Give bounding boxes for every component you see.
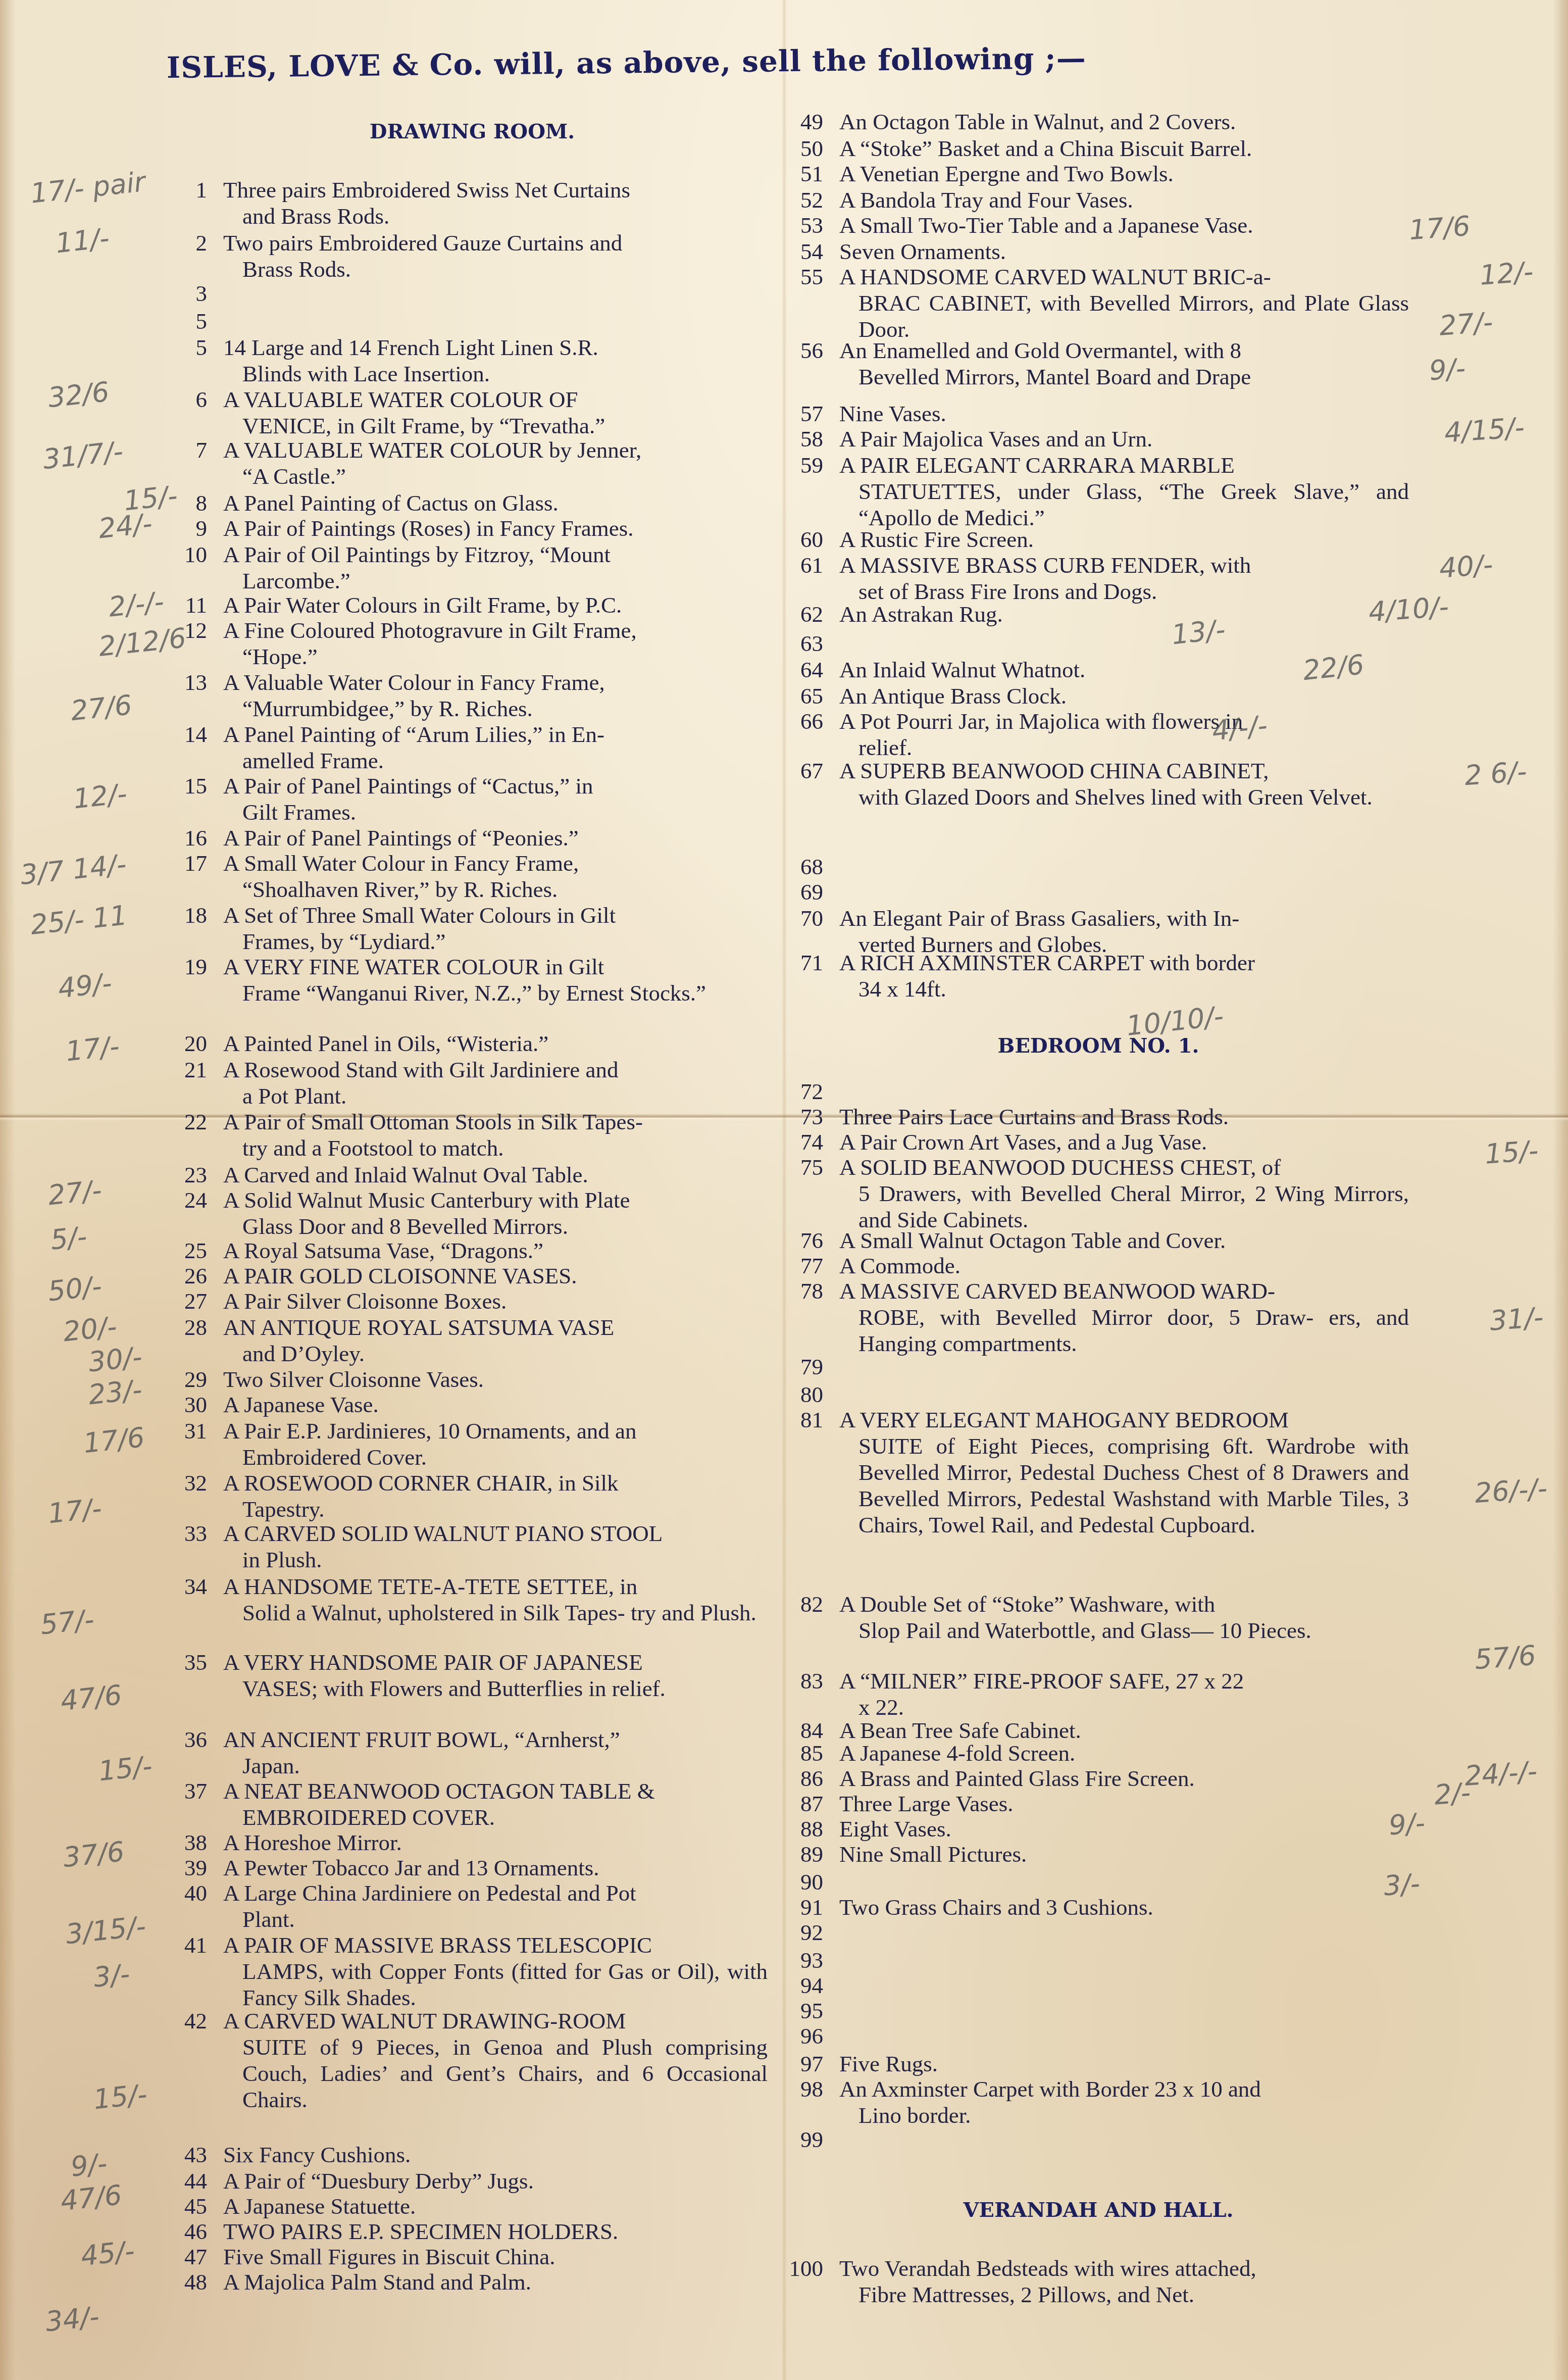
lot-description-line: Two Silver Cloisonne Vases. [223,1367,484,1392]
lot-number: 66 [788,708,823,734]
lot-item: 74A Pair Crown Art Vases, and a Jug Vase… [788,1129,1409,1155]
lot-item: 92 [788,1919,1409,1946]
lot-description: A VALUABLE WATER COLOUR by Jenner,“A Cas… [223,437,768,489]
lot-description: A VERY FINE WATER COLOUR in GiltFrame “W… [223,954,768,1006]
lot-description-line: A Japanese Statuette. [223,2194,416,2219]
lot-description-line: A Pot Pourri Jar, in Majolica with flowe… [839,709,1243,734]
lot-description: A Small Two-Tier Table and a Japanese Va… [839,212,1409,238]
lot-description: A Pair Silver Cloisonne Boxes. [223,1288,768,1314]
pencil-price-note: 32/6 [46,376,111,414]
lot-description-line: Two Grass Chairs and 3 Cushions. [839,1895,1153,1920]
lot-number: 100 [788,2255,823,2282]
lot-item: 100Two Verandah Bedsteads with wires att… [788,2255,1409,2308]
lot-number: 39 [177,1855,207,1881]
lot-description-line: A Fine Coloured Photogravure in Gilt Fra… [223,618,637,643]
lot-item: 29Two Silver Cloisonne Vases. [177,1366,768,1393]
lot-description-line: Two pairs Embroidered Gauze Curtains and [223,230,622,256]
lot-item: 59A PAIR ELEGANT CARRARA MARBLESTATUETTE… [788,452,1409,531]
lot-description: A Bandola Tray and Four Vases. [839,187,1409,213]
lot-description-line: An Astrakan Rug. [839,602,1003,627]
lot-description-continuation: Tapestry. [223,1496,768,1522]
lot-description-line: Eight Vases. [839,1816,951,1842]
lot-number: 18 [177,902,207,928]
lot-description-line: A VALUABLE WATER COLOUR OF [223,387,578,412]
lot-number: 73 [788,1104,823,1130]
lot-number: 93 [788,1947,823,1973]
lot-number: 61 [788,552,823,578]
lot-number: 3 [177,280,207,307]
lot-description: A Brass and Painted Glass Fire Screen. [839,1765,1409,1792]
lot-item: 78A MASSIVE CARVED BEANWOOD WARD-ROBE, w… [788,1278,1409,1357]
lot-description: A Small Walnut Octagon Table and Cover. [839,1227,1409,1254]
lot-description-continuation: VENICE, in Gilt Frame, by “Trevatha.” [223,413,768,439]
lot-description: An Octagon Table in Walnut, and 2 Covers… [839,109,1409,135]
lot-description: A Pair of Panel Paintings of “Peonies.” [223,825,768,851]
lot-description: Three Pairs Lace Curtains and Brass Rods… [839,1104,1409,1130]
lot-item: 79 [788,1354,1409,1380]
pencil-price-note: 5/- [49,1220,88,1256]
pencil-price-note: 27/- [1438,306,1494,341]
lot-description-line: A PAIR GOLD CLOISONNE VASES. [223,1263,577,1288]
lot-description: A Pair E.P. Jardinieres, 10 Ornaments, a… [223,1418,768,1470]
lot-description-line: A Pair of Small Ottoman Stools in Silk T… [223,1109,643,1134]
lot-number: 41 [177,1932,207,1958]
lot-description-line: A Pair of Oil Paintings by Fitzroy, “Mou… [223,542,611,567]
lot-description-line: A Pair E.P. Jardinieres, 10 Ornaments, a… [223,1418,637,1444]
lot-description: A Majolica Palm Stand and Palm. [223,2269,768,2295]
lot-item: 96 [788,2023,1409,2049]
lot-description-line: A ROSEWOOD CORNER CHAIR, in Silk [223,1470,619,1496]
lot-description-line: Three Large Vases. [839,1791,1013,1816]
pencil-price-note: 9/- [1388,1807,1426,1842]
lot-item: 54Seven Ornaments. [788,238,1409,265]
lot-description-line: A “MILNER” FIRE-PROOF SAFE, 27 x 22 [839,1668,1244,1694]
lot-number: 69 [788,879,823,905]
pencil-price-note: 17/- [64,1030,121,1068]
pencil-price-note: 2/- [1433,1777,1472,1811]
lot-item: 23A Carved and Inlaid Walnut Oval Table. [177,1162,768,1188]
lot-description: Three Large Vases. [839,1791,1409,1817]
lot-description-line: A HANDSOME TETE-A-TETE SETTEE, in [223,1574,637,1599]
section-title: BEDROOM NO. 1. [788,1033,1409,1059]
lot-description: A SOLID BEANWOOD DUCHESS CHEST, of5 Draw… [839,1154,1409,1233]
lot-description-line: A Pair of “Duesbury Derby” Jugs. [223,2168,534,2194]
lot-number: 1 [177,177,207,203]
lot-description-line: An Antique Brass Clock. [839,683,1067,709]
lot-number: 5 [177,308,207,334]
lot-description: A Japanese 4-fold Screen. [839,1740,1409,1766]
lot-description-line: A Horeshoe Mirror. [223,1830,402,1855]
lot-item: 82A Double Set of “Stoke” Washware, with… [788,1591,1409,1644]
lot-description: 14 Large and 14 French Light Linen S.R.B… [223,334,768,387]
lot-item: 8A Panel Painting of Cactus on Glass. [177,490,768,516]
lot-number: 97 [788,2051,823,2077]
lot-description-continuation: and Brass Rods. [223,203,768,229]
lot-description-line: A Brass and Painted Glass Fire Screen. [839,1766,1195,1791]
lot-description: A Rosewood Stand with Gilt Jardiniere an… [223,1057,768,1109]
lot-number: 86 [788,1765,823,1792]
lot-item: 17A Small Water Colour in Fancy Frame,“S… [177,850,768,903]
lot-item: 43Six Fancy Cushions. [177,2142,768,2168]
lot-item: 75A SOLID BEANWOOD DUCHESS CHEST, of5 Dr… [788,1154,1409,1233]
lot-item: 85A Japanese 4-fold Screen. [788,1740,1409,1766]
pencil-price-note: 9/- [1428,353,1466,387]
lot-description-line: A Pair of Panel Paintings of “Cactus,” i… [223,773,593,799]
pencil-price-note: 24/-/- [1463,1755,1538,1792]
lot-description-continuation: amelled Frame. [223,748,768,774]
lot-item: 15A Pair of Panel Paintings of “Cactus,”… [177,773,768,825]
lot-item: 91Two Grass Chairs and 3 Cushions. [788,1894,1409,1920]
lot-item: 14A Panel Painting of “Arum Lilies,” in … [177,721,768,774]
lot-item: 28AN ANTIQUE ROYAL SATSUMA VASEand D’Oyl… [177,1314,768,1367]
lot-number: 83 [788,1668,823,1694]
lot-number: 74 [788,1129,823,1155]
lot-description-continuation: Fibre Mattresses, 2 Pillows, and Net. [839,2282,1409,2308]
lot-description-line: Three Pairs Lace Curtains and Brass Rods… [839,1104,1229,1129]
lot-item: 62An Astrakan Rug. [788,601,1409,627]
lot-number: 14 [177,721,207,748]
lot-description: A HANDSOME TETE-A-TETE SETTEE, inSolid a… [223,1573,768,1626]
lot-description: A PAIR OF MASSIVE BRASS TELESCOPICLAMPS,… [223,1932,768,2011]
lot-item: 93 [788,1947,1409,1973]
lot-description-line: A HANDSOME CARVED WALNUT BRIC-a- [839,264,1271,289]
lot-number: 8 [177,490,207,516]
lot-description-line: A Set of Three Small Water Colours in Gi… [223,903,616,928]
pencil-price-note: 20/- [62,1311,118,1348]
lot-number: 6 [177,386,207,413]
lot-description-line: Nine Vases. [839,401,946,426]
pencil-price-note: 22/6 [1301,649,1365,686]
lot-item: 40A Large China Jardiniere on Pedestal a… [177,1880,768,1932]
lot-number: 37 [177,1778,207,1804]
lot-item: 45A Japanese Statuette. [177,2193,768,2219]
pencil-price-note: 27/6 [69,689,133,727]
lot-item: 41A PAIR OF MASSIVE BRASS TELESCOPICLAMP… [177,1932,768,2011]
lot-number: 45 [177,2193,207,2219]
lot-description-line: Six Fancy Cushions. [223,2142,411,2167]
lot-item: 22A Pair of Small Ottoman Stools in Silk… [177,1109,768,1161]
pencil-price-note: 15/- [1484,1134,1540,1170]
lot-number: 19 [177,954,207,980]
lot-description-line: An Elegant Pair of Brass Gasaliers, with… [839,906,1239,931]
lot-item: 86A Brass and Painted Glass Fire Screen. [788,1765,1409,1792]
lot-item: 90 [788,1869,1409,1895]
lot-description-continuation: relief. [839,734,1409,761]
lot-item: 89Nine Small Pictures. [788,1841,1409,1867]
lot-description-line: A MASSIVE CARVED BEANWOOD WARD- [839,1278,1275,1304]
lot-number: 34 [177,1573,207,1600]
pencil-price-note: 34/- [44,2301,100,2338]
lot-number: 21 [177,1057,207,1083]
lot-number: 13 [177,669,207,696]
lot-description-line: A SUPERB BEANWOOD CHINA CABINET, [839,758,1269,783]
lot-item: 5 [177,308,768,334]
lot-item: 32A ROSEWOOD CORNER CHAIR, in SilkTapest… [177,1470,768,1522]
lot-item: 87Three Large Vases. [788,1791,1409,1817]
lot-description: A Set of Three Small Water Colours in Gi… [223,902,768,955]
lot-item: 38A Horeshoe Mirror. [177,1829,768,1856]
pencil-price-note: 15/- [97,1750,154,1788]
lot-description-line: A Commode. [839,1253,960,1278]
lot-description: Nine Vases. [839,401,1409,427]
lot-item: 95 [788,1998,1409,2024]
lot-description: A NEAT BEANWOOD OCTAGON TABLE &EMBROIDER… [223,1778,768,1830]
lot-number: 27 [177,1288,207,1314]
lot-description-line: A CARVED SOLID WALNUT PIANO STOOL [223,1521,663,1546]
lot-description: Two Grass Chairs and 3 Cushions. [839,1894,1409,1920]
lot-number: 7 [177,437,207,463]
pencil-price-note: 3/- [1383,1868,1421,1902]
lot-number: 33 [177,1520,207,1547]
lot-description-line: An Axminster Carpet with Border 23 x 10 … [839,2076,1261,2102]
lot-item: 71A RICH AXMINSTER CARPET with border34 … [788,950,1409,1002]
pencil-price-note: 17/6 [82,1421,146,1459]
lot-number: 29 [177,1366,207,1393]
pencil-price-note: 4/15/- [1443,412,1526,449]
lot-description-continuation: in Plush. [223,1547,768,1573]
lot-item: 65An Antique Brass Clock. [788,683,1409,709]
lot-number: 94 [788,1972,823,1999]
lot-description-continuation: “Hope.” [223,643,768,670]
lot-description-line: A Painted Panel in Oils, “Wisteria.” [223,1031,548,1056]
lot-item: 2Two pairs Embroidered Gauze Curtains an… [177,230,768,282]
lot-item: 72 [788,1078,1409,1105]
lot-number: 55 [788,264,823,290]
lot-item: 99 [788,2126,1409,2153]
pencil-price-note: 4/-/- [1210,709,1269,747]
lot-item: 56An Enamelled and Gold Overmantel, with… [788,337,1409,390]
lot-item: 44A Pair of “Duesbury Derby” Jugs. [177,2168,768,2194]
lot-item: 19A VERY FINE WATER COLOUR in GiltFrame … [177,954,768,1006]
lot-number: 20 [177,1030,207,1057]
lot-item: 49An Octagon Table in Walnut, and 2 Cove… [788,109,1409,135]
lot-number: 92 [788,1919,823,1946]
lot-description: Three pairs Embroidered Swiss Net Curtai… [223,177,768,229]
pencil-price-note: 3/- [92,1958,131,1993]
lot-description: A VERY ELEGANT MAHOGANY BEDROOMSUITE of … [839,1407,1409,1538]
lot-description-continuation: Glass Door and 8 Bevelled Mirrors. [223,1213,768,1239]
lot-item: 88Eight Vases. [788,1816,1409,1842]
lot-description-line: A Pair Crown Art Vases, and a Jug Vase. [839,1129,1207,1155]
lot-description-line: A Pair of Paintings (Roses) in Fancy Fra… [223,516,633,541]
lot-item: 10A Pair of Oil Paintings by Fitzroy, “M… [177,541,768,594]
pencil-price-note: 4/10/- [1368,591,1450,628]
lot-number: 44 [177,2168,207,2194]
lot-description-line: Five Small Figures in Biscuit China. [223,2244,555,2269]
lot-number: 22 [177,1109,207,1135]
lot-description-line: An Enamelled and Gold Overmantel, with 8 [839,338,1241,363]
lot-item: 13A Valuable Water Colour in Fancy Frame… [177,669,768,722]
lot-description: A Venetian Epergne and Two Bowls. [839,161,1409,187]
lot-description: A Large China Jardiniere on Pedestal and… [223,1880,768,1932]
lot-description-line: A Japanese Vase. [223,1392,379,1417]
section-title: DRAWING ROOM. [177,119,768,145]
lot-item: 58A Pair Majolica Vases and an Urn. [788,426,1409,452]
lot-description-line: A MASSIVE BRASS CURB FENDER, with [839,553,1251,578]
lot-number: 54 [788,238,823,265]
lot-number: 11 [177,592,207,618]
lot-description-continuation: Embroidered Cover. [223,1444,768,1470]
lot-description-line: AN ANCIENT FRUIT BOWL, “Arnherst,” [223,1727,620,1752]
lot-number: 88 [788,1816,823,1842]
lot-description-line: Two Verandah Bedsteads with wires attach… [839,2256,1256,2281]
lot-number: 47 [177,2244,207,2270]
lot-number: 24 [177,1187,207,1213]
pencil-price-note: 17/6 [1408,210,1471,246]
lot-description: An Antique Brass Clock. [839,683,1409,709]
lot-item: 26A PAIR GOLD CLOISONNE VASES. [177,1263,768,1289]
lot-description: A Double Set of “Stoke” Washware, withSl… [839,1591,1409,1644]
lot-description: A Valuable Water Colour in Fancy Frame,“… [223,669,768,722]
lot-number: 76 [788,1227,823,1254]
lot-number: 43 [177,2142,207,2168]
lot-description-continuation: VASES; with Flowers and Butterflies in r… [223,1675,768,1702]
lot-description-continuation: STATUETTES, under Glass, “The Greek Slav… [839,478,1409,531]
lot-item: 48A Majolica Palm Stand and Palm. [177,2269,768,2295]
lot-item: 81A VERY ELEGANT MAHOGANY BEDROOMSUITE o… [788,1407,1409,1538]
lot-item: 55A HANDSOME CARVED WALNUT BRIC-a-BRAC C… [788,264,1409,342]
lot-description: TWO PAIRS E.P. SPECIMEN HOLDERS. [223,2218,768,2245]
lot-item: 66A Pot Pourri Jar, in Majolica with flo… [788,708,1409,761]
lot-number: 15 [177,773,207,799]
lot-description: A Painted Panel in Oils, “Wisteria.” [223,1030,768,1057]
lot-description: Two pairs Embroidered Gauze Curtains and… [223,230,768,282]
lot-number: 38 [177,1829,207,1856]
lot-description: A MASSIVE CARVED BEANWOOD WARD-ROBE, wit… [839,1278,1409,1357]
lot-item: 68 [788,854,1409,880]
lot-description-line: A SOLID BEANWOOD DUCHESS CHEST, of [839,1155,1281,1180]
lot-description: AN ANCIENT FRUIT BOWL, “Arnherst,”Japan. [223,1726,768,1779]
lot-description-line: A Venetian Epergne and Two Bowls. [839,161,1174,186]
lot-item: 12A Fine Coloured Photogravure in Gilt F… [177,617,768,670]
lot-description-line: A Royal Satsuma Vase, “Dragons.” [223,1238,543,1263]
lot-description: Two Verandah Bedsteads with wires attach… [839,2255,1409,2308]
pencil-price-note: 9/- [69,2147,109,2183]
lot-number: 68 [788,854,823,880]
lot-item: 76A Small Walnut Octagon Table and Cover… [788,1227,1409,1254]
lot-item: 11A Pair Water Colours in Gilt Frame, by… [177,592,768,618]
lot-number: 49 [788,109,823,135]
lot-item: 47Five Small Figures in Biscuit China. [177,2244,768,2270]
lot-description-line: A RICH AXMINSTER CARPET with border [839,950,1255,975]
lot-item: 42A CARVED WALNUT DRAWING-ROOMSUITE of 9… [177,2008,768,2113]
lot-description-line: A Bandola Tray and Four Vases. [839,187,1133,213]
pencil-price-note: 27/- [46,1174,103,1212]
lot-description-continuation: a Pot Plant. [223,1083,768,1109]
lot-item: 20A Painted Panel in Oils, “Wisteria.” [177,1030,768,1057]
lot-number: 31 [177,1418,207,1444]
section-title: VERANDAH AND HALL. [788,2197,1409,2223]
lot-description: A Small Water Colour in Fancy Frame,“Sho… [223,850,768,903]
lot-number: 57 [788,401,823,427]
lot-number: 99 [788,2126,823,2153]
lot-description: A Solid Walnut Music Canterbury with Pla… [223,1187,768,1239]
lot-description-line: A Large China Jardiniere on Pedestal and… [223,1880,636,1906]
lot-description-continuation: 34 x 14ft. [839,976,1409,1002]
lot-number: 67 [788,758,823,784]
lot-item: 73Three Pairs Lace Curtains and Brass Ro… [788,1104,1409,1130]
lot-number: 51 [788,161,823,187]
pencil-price-note: 26/-/- [1474,1472,1548,1509]
lot-description-line: An Inlaid Walnut Whatnot. [839,657,1085,682]
lot-number: 63 [788,630,823,657]
lot-number: 46 [177,2218,207,2245]
lot-description: A Japanese Vase. [223,1392,768,1418]
lot-item: 27A Pair Silver Cloisonne Boxes. [177,1288,768,1314]
lot-description-line: 14 Large and 14 French Light Linen S.R. [223,335,598,360]
lot-number: 40 [177,1880,207,1906]
lot-description: A SUPERB BEANWOOD CHINA CABINET,with Gla… [839,758,1409,810]
lot-description: An Enamelled and Gold Overmantel, with 8… [839,337,1409,390]
lot-description-line: A VERY ELEGANT MAHOGANY BEDROOM [839,1407,1289,1432]
lot-item: 33A CARVED SOLID WALNUT PIANO STOOLin Pl… [177,1520,768,1573]
lot-description: A Pair of Panel Paintings of “Cactus,” i… [223,773,768,825]
lot-description: A Panel Painting of Cactus on Glass. [223,490,768,516]
lot-description: A VALUABLE WATER COLOUR OFVENICE, in Gil… [223,386,768,439]
pencil-price-note: 49/- [57,967,113,1005]
lot-description: A Rustic Fire Screen. [839,526,1409,553]
lot-description: Six Fancy Cushions. [223,2142,768,2168]
lot-number: 62 [788,601,823,627]
lot-description-line: A Small Walnut Octagon Table and Cover. [839,1228,1226,1253]
lot-item: 51A Venetian Epergne and Two Bowls. [788,161,1409,187]
lot-description-line: A Rustic Fire Screen. [839,527,1034,552]
lot-description-continuation: Larcombe.” [223,568,768,594]
lot-number: 64 [788,657,823,683]
lot-description-continuation: Plant. [223,1906,768,1932]
lot-number: 81 [788,1407,823,1433]
pencil-price-note: 50/- [46,1270,103,1308]
lot-description-line: A PAIR ELEGANT CARRARA MARBLE [839,453,1235,478]
lot-description-line: A VERY FINE WATER COLOUR in Gilt [223,954,604,979]
lot-description: A Pair Crown Art Vases, and a Jug Vase. [839,1129,1409,1155]
lot-description-line: Five Rugs. [839,2051,938,2076]
lot-description: A Commode. [839,1253,1409,1279]
lot-description-line: AN ANTIQUE ROYAL SATSUMA VASE [223,1315,614,1340]
lot-description: A VERY HANDSOME PAIR OF JAPANESEVASES; w… [223,1649,768,1702]
lot-description: A PAIR ELEGANT CARRARA MARBLESTATUETTES,… [839,452,1409,531]
lot-description: A RICH AXMINSTER CARPET with border34 x … [839,950,1409,1002]
lot-item: 25A Royal Satsuma Vase, “Dragons.” [177,1237,768,1264]
lot-item: 52A Bandola Tray and Four Vases. [788,187,1409,213]
lot-description-line: A Rosewood Stand with Gilt Jardiniere an… [223,1057,618,1082]
lot-description: A Pair Water Colours in Gilt Frame, by P… [223,592,768,618]
lot-description-line: A CARVED WALNUT DRAWING-ROOM [223,2008,626,2034]
lot-description: A PAIR GOLD CLOISONNE VASES. [223,1263,768,1289]
lot-description-continuation: Blinds with Lace Insertion. [223,361,768,387]
lot-number: 16 [177,825,207,851]
lot-number: 17 [177,850,207,876]
lot-description: A Horeshoe Mirror. [223,1829,768,1856]
lot-description: A Pewter Tobacco Jar and 13 Ornaments. [223,1855,768,1881]
lot-description: AN ANTIQUE ROYAL SATSUMA VASEand D’Oyley… [223,1314,768,1367]
lot-description-line: A Solid Walnut Music Canterbury with Pla… [223,1187,630,1213]
lot-description: A Royal Satsuma Vase, “Dragons.” [223,1237,768,1264]
lot-description-continuation: Brass Rods. [223,256,768,282]
lot-item: 97Five Rugs. [788,2051,1409,2077]
lot-description-line: Seven Ornaments. [839,239,1006,264]
lot-number: 60 [788,526,823,553]
lot-item: 21A Rosewood Stand with Gilt Jardiniere … [177,1057,768,1109]
lot-description-continuation: “Shoalhaven River,” by R. Riches. [223,876,768,903]
lot-description-line: A Small Two-Tier Table and a Japanese Va… [839,213,1253,238]
lot-item: 67A SUPERB BEANWOOD CHINA CABINET,with G… [788,758,1409,810]
lot-description-line: An Octagon Table in Walnut, and 2 Covers… [839,109,1236,134]
lot-item: 7A VALUABLE WATER COLOUR by Jenner,“A Ca… [177,437,768,489]
lot-number: 23 [177,1162,207,1188]
lot-description-line: A Small Water Colour in Fancy Frame, [223,851,579,876]
lot-number: 48 [177,2269,207,2295]
